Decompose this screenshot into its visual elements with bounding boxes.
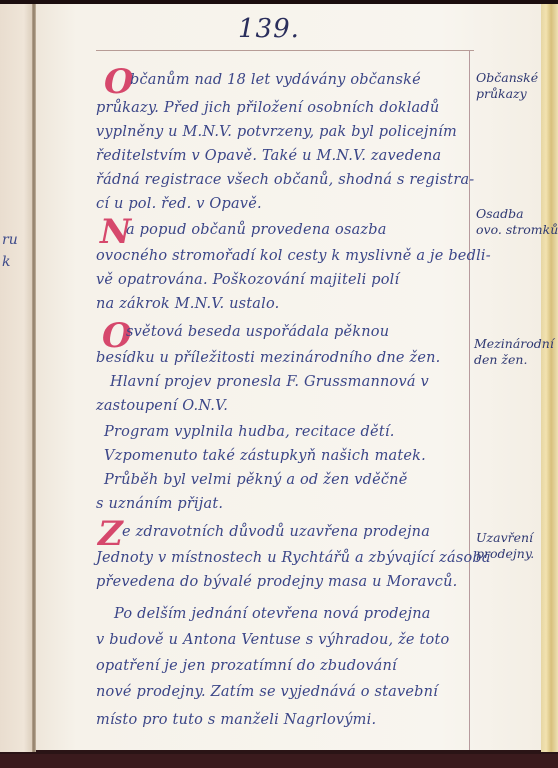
entry-line: Program vyplnila hudba, recitace dětí. [104, 424, 395, 440]
entry-line: místo pro tuto s manželi Nagrlovými. [96, 712, 376, 728]
page-stack-edge [541, 4, 558, 752]
entry-line: bčanům nad 18 let vydávány občanské [130, 72, 421, 88]
entry-line: cí u pol. řed. v Opavě. [96, 196, 262, 212]
entry-line: ředitelstvím v Opavě. Také u M.N.V. zave… [96, 148, 441, 164]
entry-line: Hlavní projev pronesla F. Grussmannová v [110, 374, 429, 390]
entry-line: světová beseda uspořádala pěknou [126, 324, 389, 340]
margin-note: Osadba ovo. stromků [476, 206, 558, 238]
left-page-fragment: k [2, 254, 10, 270]
left-page-fragment: ru [2, 232, 18, 248]
header-rule [96, 50, 474, 51]
margin-note: Občanské průkazy [476, 70, 538, 102]
entry-line: opatření je jen prozatímní do zbudování [96, 658, 397, 674]
entry-line: převedena do bývalé prodejny masa u Mora… [96, 574, 457, 590]
margin-rule [469, 50, 470, 750]
margin-note: Mezinárodní den žen. [474, 336, 554, 368]
entry-line: Po delším jednání otevřena nová prodejna [114, 606, 431, 622]
page-number: 139. [238, 14, 300, 44]
entry-line: Průběh byl velmi pěkný a od žen vděčně [104, 472, 408, 488]
entry-line: besídku u příležitosti mezinárodního dne… [96, 350, 441, 366]
entry-line: v budově u Antona Ventuse s výhradou, že… [96, 632, 449, 648]
entry-line: průkazy. Před jich přiložení osobních do… [96, 100, 439, 116]
entry-line: zastoupení O.N.V. [96, 398, 228, 414]
entry-line: s uznáním přijat. [96, 496, 223, 512]
book-bottom-edge [0, 754, 558, 768]
entry-line: řádná registrace všech občanů, shodná s … [96, 172, 474, 188]
entry-line: a popud občanů provedena osazba [126, 222, 387, 238]
margin-note: Uzavření prodejny. [476, 530, 534, 562]
entry-line: e zdravotních důvodů uzavřena prodejna [122, 524, 430, 540]
entry-line: ovocného stromořadí kol cesty k myslivně… [96, 248, 491, 264]
entry-line: nové prodejny. Zatím se vyjednává o stav… [96, 684, 438, 700]
entry-line: vě opatrována. Poškozování majiteli polí [96, 272, 399, 288]
entry-initial: Z [98, 514, 123, 554]
entry-line: vyplněny u M.N.V. potvrzeny, pak byl pol… [96, 124, 457, 140]
entry-line: na zákrok M.N.V. ustalo. [96, 296, 279, 312]
left-page-edge: ru k [0, 4, 34, 752]
entry-line: Vzpomenuto také zástupkyň našich matek. [104, 448, 426, 464]
entry-line: Jednoty v místnostech u Rychtářů a zbýva… [96, 550, 491, 566]
